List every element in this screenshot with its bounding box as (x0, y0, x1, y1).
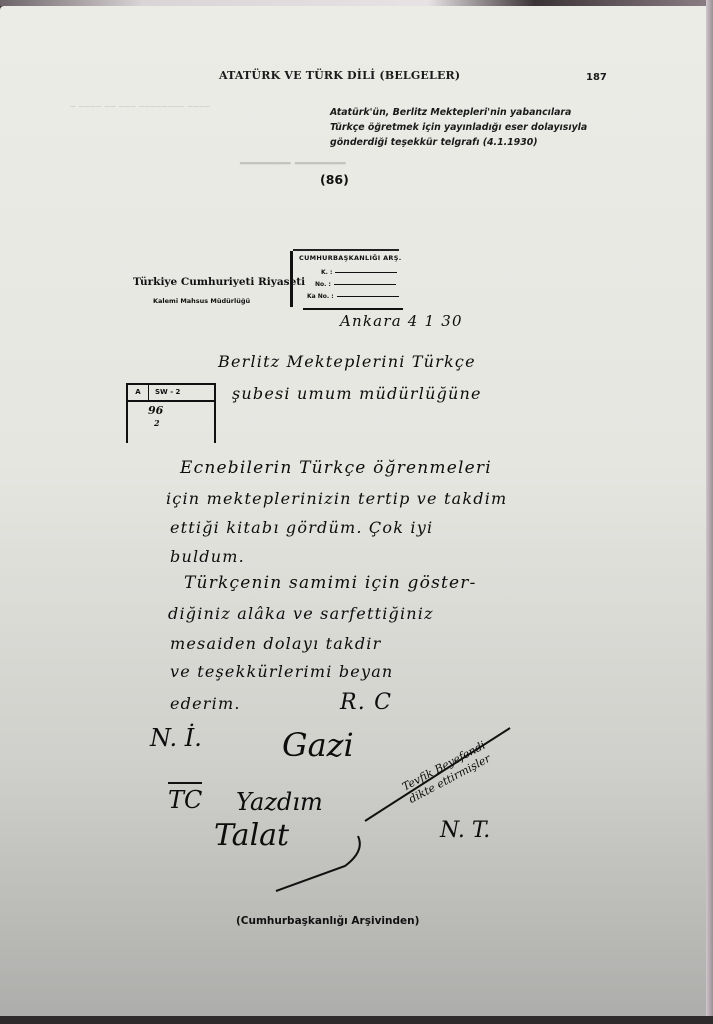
book-right-edge (706, 0, 713, 1024)
pen-strokes (0, 6, 706, 1018)
book-bottom-edge (0, 1016, 713, 1024)
book-page: ‒ ‒‒‒‒ ‒‒ ‒‒‒ ‒‒‒‒‒‒‒‒ ‒‒‒‒ ━━━━━━ ━━━━━… (0, 6, 706, 1018)
source-note: (Cumhurbaşkanlığı Arşivinden) (236, 915, 419, 927)
